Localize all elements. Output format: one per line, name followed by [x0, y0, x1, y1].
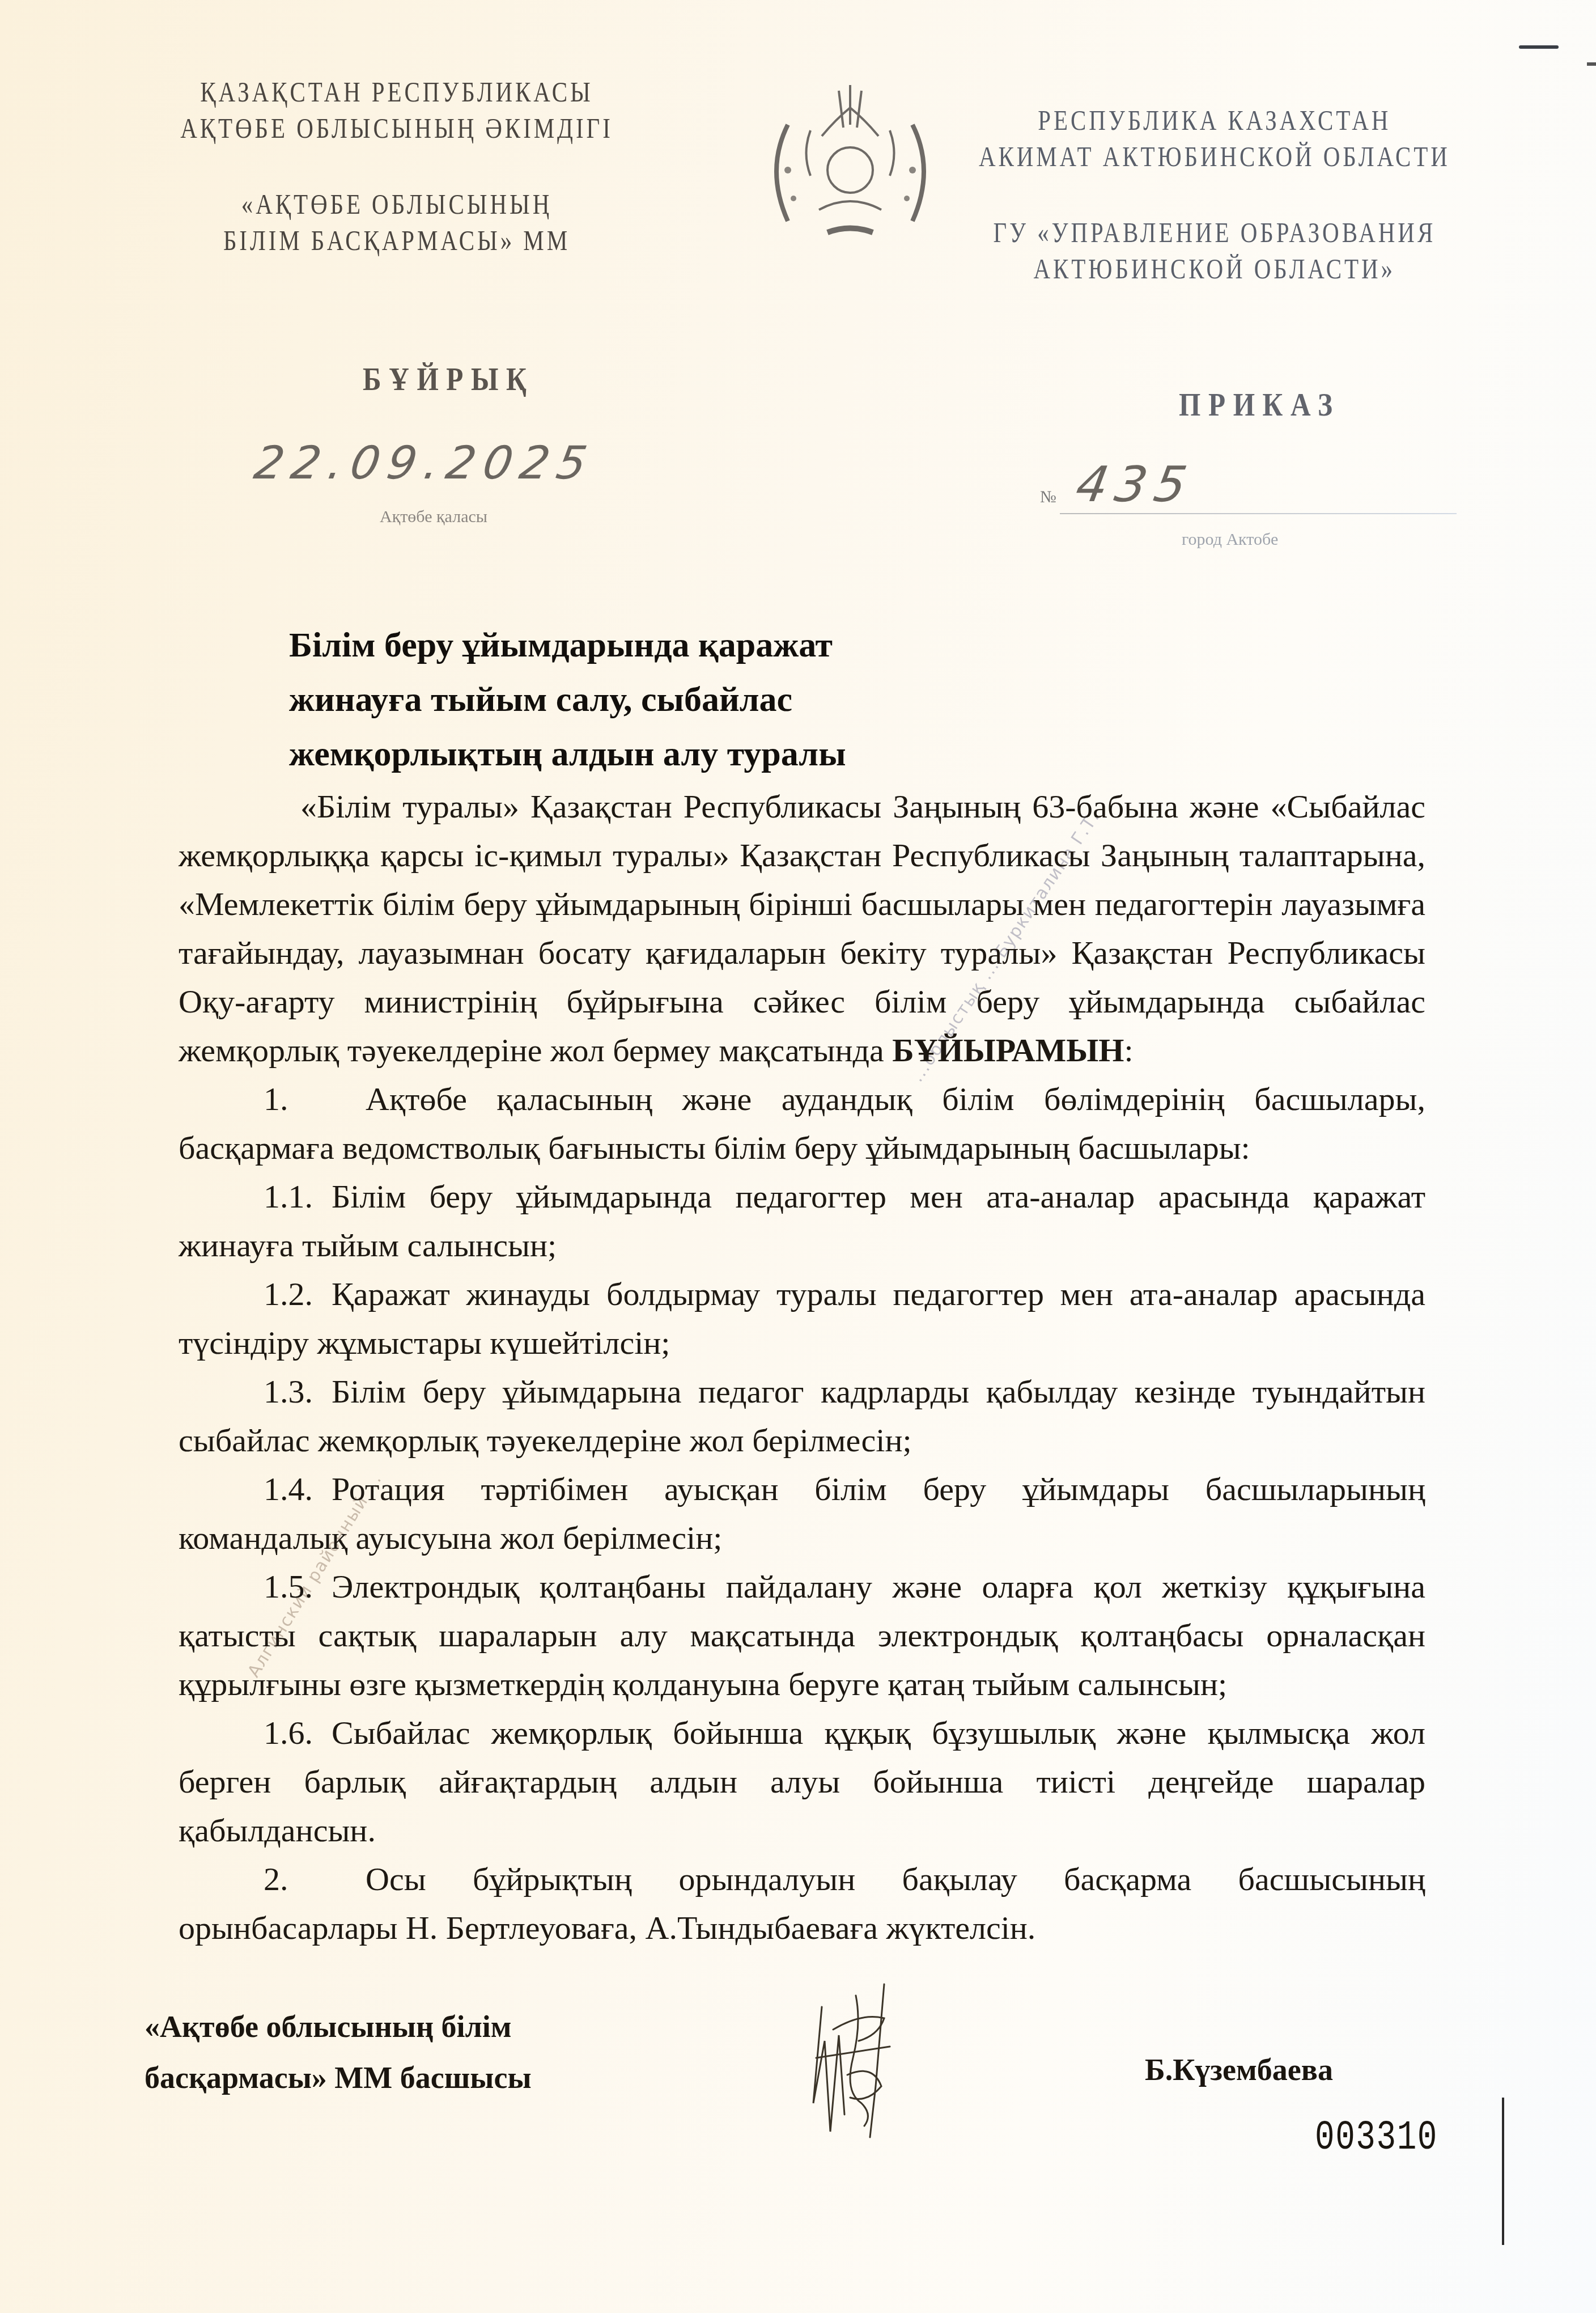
letterhead-kz-org: «АҚТӨБЕ ОБЛЫСЫНЫҢ: [164, 186, 629, 222]
doc-type-ru: ПРИКАЗ: [1179, 385, 1340, 423]
order-number-underline: [1060, 513, 1457, 514]
order-item: 1.Ақтөбе қаласының және аудандық білім б…: [179, 1075, 1425, 1172]
title-line: Білім беру ұйымдарында қаражат: [289, 618, 846, 672]
order-number-label: №: [1040, 488, 1056, 507]
order-item: 1.6.Сыбайлас жемқорлық бойынша құқық бұз…: [179, 1709, 1425, 1855]
item-number: 1.4.: [264, 1465, 332, 1514]
letterhead-ru-line: РЕСПУБЛИКА КАЗАХСТАН: [963, 102, 1466, 138]
staple-mark: [1519, 45, 1559, 49]
doc-type-kz: БҰЙРЫҚ: [363, 360, 534, 398]
item-number: 1.5.: [264, 1562, 332, 1611]
registration-number: 003310: [1315, 2115, 1438, 2161]
signatory-line: «Ақтөбе облысының білім: [145, 2001, 532, 2052]
state-emblem-icon: [754, 74, 946, 266]
item-text: Білім беру ұйымдарына педагог кадрларды …: [179, 1373, 1425, 1459]
item-text: Ротация тәртібімен ауысқан білім беру ұй…: [179, 1471, 1425, 1556]
preamble-suffix: :: [1124, 1032, 1133, 1069]
city-ru: город Актобе: [1182, 530, 1278, 549]
paper-edge: [1502, 2098, 1504, 2245]
item-text: Ақтөбе қаласының және аудандық білім бөл…: [179, 1081, 1425, 1166]
document-body: «Білім туралы» Қазақстан Республикасы За…: [179, 782, 1425, 1952]
preamble-text: «Білім туралы» Қазақстан Республикасы За…: [179, 788, 1425, 1069]
letterhead-kz: ҚАЗАҚСТАН РЕСПУБЛИКАСЫ АҚТӨБЕ ОБЛЫСЫНЫҢ …: [164, 74, 629, 259]
letterhead-ru-line: АКИМАТ АКТЮБИНСКОЙ ОБЛАСТИ: [963, 138, 1466, 175]
item-number: 1.2.: [264, 1270, 332, 1319]
item-number: 2.: [264, 1855, 366, 1904]
order-item: 1.3.Білім беру ұйымдарына педагог кадрла…: [179, 1367, 1425, 1465]
order-word: БҰЙЫРАМЫН: [892, 1032, 1124, 1069]
item-text: Білім беру ұйымдарында педагогтер мен ат…: [179, 1178, 1425, 1264]
order-item: 2.Осы бұйрықтың орындалуын бақылау басқа…: [179, 1855, 1425, 1952]
item-text: Осы бұйрықтың орындалуын бақылау басқарм…: [179, 1861, 1425, 1946]
staple-mark: [1587, 62, 1596, 66]
order-item: 1.1.Білім беру ұйымдарында педагогтер ме…: [179, 1172, 1425, 1270]
letterhead-ru-org: ГУ «УПРАВЛЕНИЕ ОБРАЗОВАНИЯ: [963, 214, 1466, 251]
item-number: 1.1.: [264, 1172, 332, 1221]
signer-name: Б.Күзембаева: [1145, 2052, 1333, 2087]
signature-icon: [799, 1973, 941, 2143]
order-number: 435: [1072, 456, 1199, 513]
item-number: 1.3.: [264, 1367, 332, 1416]
preamble: «Білім туралы» Қазақстан Республикасы За…: [179, 782, 1425, 1075]
order-date: 22.09.2025: [251, 437, 598, 489]
letterhead-kz-org: БІЛІМ БАСҚАРМАСЫ» ММ: [164, 222, 629, 259]
item-number: 1.6.: [264, 1709, 332, 1757]
letterhead-ru-org: АКТЮБИНСКОЙ ОБЛАСТИ»: [963, 251, 1466, 287]
document-title: Білім беру ұйымдарында қаражат жинауға т…: [289, 618, 846, 781]
order-item: 1.4.Ротация тәртібімен ауысқан білім бер…: [179, 1465, 1425, 1562]
signatory-position: «Ақтөбе облысының білім басқармасы» ММ б…: [145, 2001, 532, 2103]
city-kz: Ақтөбе қаласы: [380, 507, 487, 527]
item-text: Электрондық қолтаңбаны пайдалану және ол…: [179, 1568, 1425, 1702]
document-page: ҚАЗАҚСТАН РЕСПУБЛИКАСЫ АҚТӨБЕ ОБЛЫСЫНЫҢ …: [0, 0, 1596, 2313]
order-item: 1.2.Қаражат жинауды болдырмау туралы пед…: [179, 1270, 1425, 1367]
signatory-line: басқармасы» ММ басшысы: [145, 2052, 532, 2103]
order-item: 1.5.Электрондық қолтаңбаны пайдалану жән…: [179, 1562, 1425, 1709]
letterhead-ru: РЕСПУБЛИКА КАЗАХСТАН АКИМАТ АКТЮБИНСКОЙ …: [963, 102, 1466, 287]
title-line: жинауға тыйым салу, сыбайлас: [289, 672, 846, 727]
letterhead-kz-line: ҚАЗАҚСТАН РЕСПУБЛИКАСЫ: [164, 74, 629, 110]
item-number: 1.: [264, 1075, 366, 1124]
letterhead-kz-line: АҚТӨБЕ ОБЛЫСЫНЫҢ ӘКІМДІГІ: [164, 110, 629, 146]
item-text: Қаражат жинауды болдырмау туралы педагог…: [179, 1276, 1425, 1361]
item-text: Сыбайлас жемқорлық бойынша құқық бұзушыл…: [179, 1714, 1425, 1849]
title-line: жемқорлықтың алдын алу туралы: [289, 727, 846, 781]
